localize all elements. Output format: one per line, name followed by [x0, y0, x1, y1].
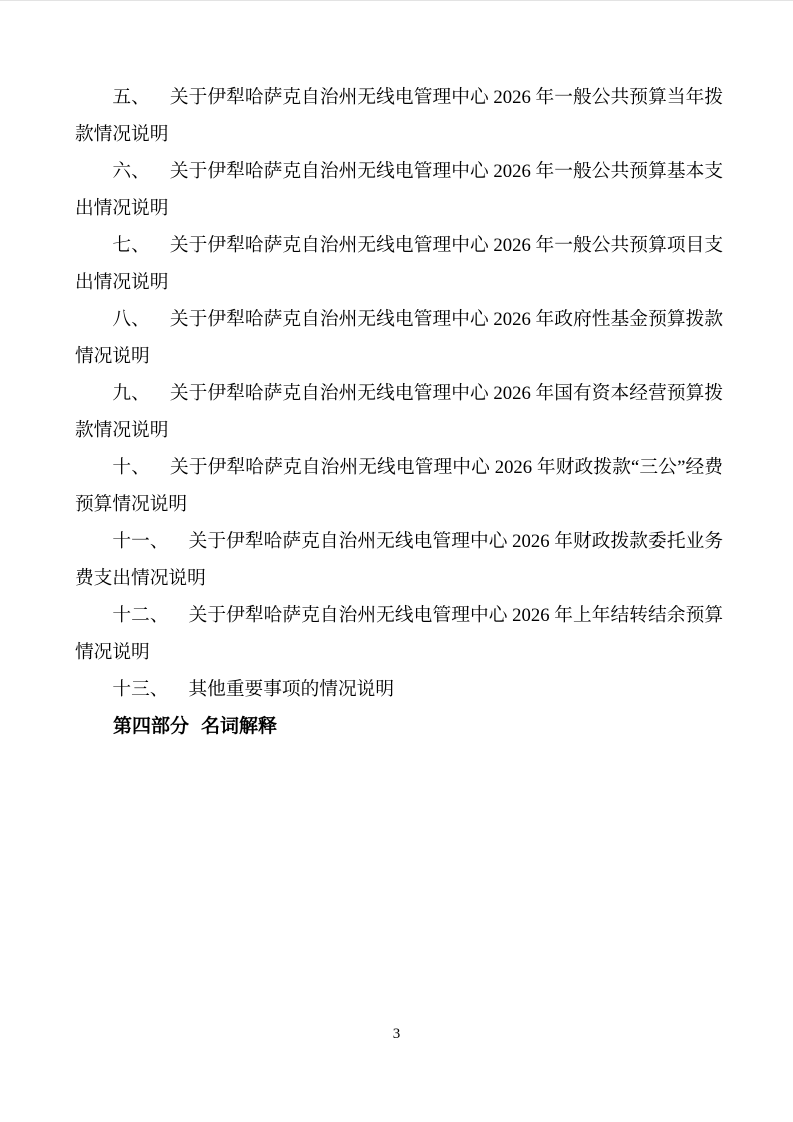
toc-item-number: 十二、: [112, 605, 168, 626]
toc-item: 六、关于伊犁哈萨克自治州无线电管理中心 2026 年一般公共预算基本支出情况说明: [75, 153, 723, 227]
toc-item: 七、关于伊犁哈萨克自治州无线电管理中心 2026 年一般公共预算项目支出情况说明: [75, 227, 723, 301]
toc-item-text: 关于伊犁哈萨克自治州无线电管理中心 2026 年政府性基金预算拨款情况说明: [75, 309, 723, 367]
toc-item-number: 九、: [112, 383, 150, 404]
toc-item: 十一、关于伊犁哈萨克自治州无线电管理中心 2026 年财政拨款委托业务费支出情况…: [75, 523, 723, 597]
document-page: 五、关于伊犁哈萨克自治州无线电管理中心 2026 年一般公共预算当年拨款情况说明…: [0, 0, 793, 1122]
toc-item: 十三、其他重要事项的情况说明: [75, 671, 723, 708]
toc-item-text: 关于伊犁哈萨克自治州无线电管理中心 2026 年一般公共预算基本支出情况说明: [75, 161, 723, 219]
toc-item-text: 关于伊犁哈萨克自治州无线电管理中心 2026 年上年结转结余预算情况说明: [75, 605, 723, 663]
section-heading-label: 第四部分: [113, 716, 189, 737]
toc-item-text: 关于伊犁哈萨克自治州无线电管理中心 2026 年国有资本经营预算拨款情况说明: [75, 383, 723, 441]
page-number: 3: [0, 1024, 793, 1044]
toc-item-text: 关于伊犁哈萨克自治州无线电管理中心 2026 年财政拨款委托业务费支出情况说明: [75, 531, 723, 589]
toc-item-number: 十一、: [112, 531, 168, 552]
toc-item-number: 十三、: [112, 679, 168, 700]
toc-item-number: 六、: [112, 161, 150, 182]
toc-item-number: 七、: [112, 235, 150, 256]
toc-item: 五、关于伊犁哈萨克自治州无线电管理中心 2026 年一般公共预算当年拨款情况说明: [75, 79, 723, 153]
section-heading-title: 名词解释: [201, 716, 277, 737]
section-heading: 第四部分名词解释: [75, 708, 723, 745]
toc-content: 五、关于伊犁哈萨克自治州无线电管理中心 2026 年一般公共预算当年拨款情况说明…: [75, 79, 723, 745]
toc-item-text: 其他重要事项的情况说明: [188, 679, 394, 700]
toc-item-number: 八、: [112, 309, 150, 330]
toc-item-number: 十、: [112, 457, 150, 478]
toc-item-text: 关于伊犁哈萨克自治州无线电管理中心 2026 年一般公共预算当年拨款情况说明: [75, 87, 723, 145]
toc-item: 十、关于伊犁哈萨克自治州无线电管理中心 2026 年财政拨款“三公”经费预算情况…: [75, 449, 723, 523]
toc-item-text: 关于伊犁哈萨克自治州无线电管理中心 2026 年一般公共预算项目支出情况说明: [75, 235, 723, 293]
toc-item: 八、关于伊犁哈萨克自治州无线电管理中心 2026 年政府性基金预算拨款情况说明: [75, 301, 723, 375]
toc-item-text: 关于伊犁哈萨克自治州无线电管理中心 2026 年财政拨款“三公”经费预算情况说明: [75, 457, 723, 515]
toc-item: 十二、关于伊犁哈萨克自治州无线电管理中心 2026 年上年结转结余预算情况说明: [75, 597, 723, 671]
toc-item-number: 五、: [112, 87, 150, 108]
toc-item: 九、关于伊犁哈萨克自治州无线电管理中心 2026 年国有资本经营预算拨款情况说明: [75, 375, 723, 449]
